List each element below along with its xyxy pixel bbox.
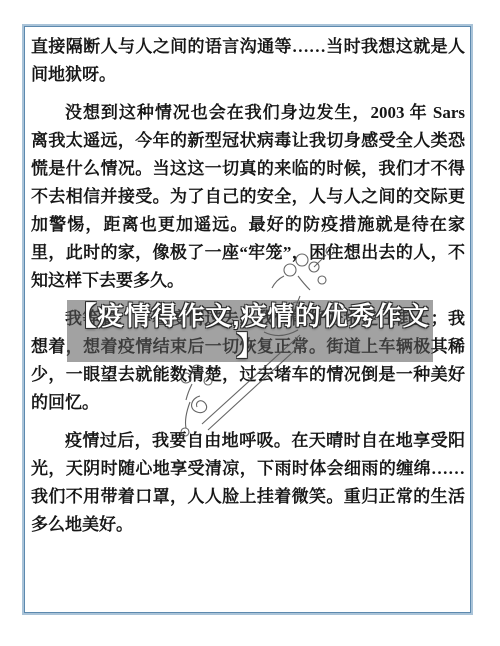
watermark-title-overlay: 【疫情得作文,疫情的优秀作文 】 [67, 300, 433, 362]
paragraph-1: 直接隔断人与人之间的语言沟通等……当时我想这就是人间地狱呀。 [31, 33, 465, 89]
article-page: { "page": { "background": "#ffffff", "bo… [0, 0, 500, 646]
overlay-title-line2: 】 [236, 331, 263, 361]
paragraph-2: 没想到这种情况也会在我们身边发生，2003 年 Sars 离我太遥远，今年的新型… [31, 99, 465, 295]
paragraph-4: 疫情过后，我要自由地呼吸。在天晴时自在地享受阳光，天阴时随心地享受清凉，下雨时体… [31, 427, 465, 539]
overlay-title-line1: 【疫情得作文,疫情的优秀作文 [70, 301, 429, 331]
essay-body: 直接隔断人与人之间的语言沟通等……当时我想这就是人间地狱呀。 没想到这种情况也会… [31, 33, 465, 549]
